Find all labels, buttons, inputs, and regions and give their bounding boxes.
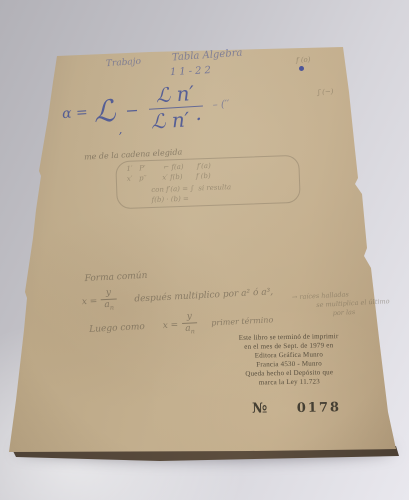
stamp-prefix: № [252,401,267,417]
eq2-lhs: x = [162,320,178,331]
pencil-row-2: x′ p′′ x′ f(b) f (b) [127,172,211,183]
pencil-row-4: f(b) · (b) = [151,195,189,204]
pencil2-heading: Forma común [84,271,147,284]
eq2-intro: Luego como [89,322,145,335]
photo-scene: Trabajo Tabla Algebra 11-22 f (o) ʃ (−) … [0,0,409,500]
eq1-fraction: y an [101,288,117,312]
pencil-bracket-box: 1′ P′ ⌐ f(a) f′(a) x′ p′′ x′ f(b) f (b) … [115,155,301,209]
eq1-numerator: y [101,288,117,300]
pencil-row-3: con f′(a) = ∫ si resulta [151,183,231,194]
formula-trailing: – (′′ [212,98,229,110]
colophon: Este libro se terminó de imprimir en el … [214,332,365,389]
eq1-denominator: an [104,300,114,313]
formula-lhs: α = [62,105,89,123]
eq2-note: primer término [211,315,273,327]
eq1-den-sub: n [110,304,114,311]
pencil2-equation-1: x = y an después multiplico por a² ó a³, [81,280,273,313]
formula-denominator: ℒ n′ · [150,107,202,132]
formula-numerator: ℒ n′ [147,83,203,110]
header-number: 11-22 [170,65,214,78]
serial-stamp: № 0178 [252,396,341,417]
margin-note-3: por las [333,308,356,317]
formula-fraction: ℒ n′ ℒ n′ · [147,83,204,132]
eq2-denominator: an [185,323,195,336]
formula-term: ℒ [93,93,117,129]
ink-dot [299,66,304,71]
corner-note-2: ʃ (−) [318,87,334,96]
eq2-den-sub: n [191,328,195,335]
eq1-lhs: x = [82,296,98,307]
corner-note-1: f (o) [296,56,311,65]
pencil-row-1: 1′ P′ ⌐ f(a) f′(a) [126,162,211,173]
formula-comma: ʼ [118,130,122,144]
stamp-number: 0178 [297,400,341,416]
eq2-fraction: y an [182,312,198,336]
eq1-note: después multiplico por a² ó a³, [134,287,273,304]
eq2-numerator: y [182,312,198,324]
formula-minus: − [125,100,140,120]
